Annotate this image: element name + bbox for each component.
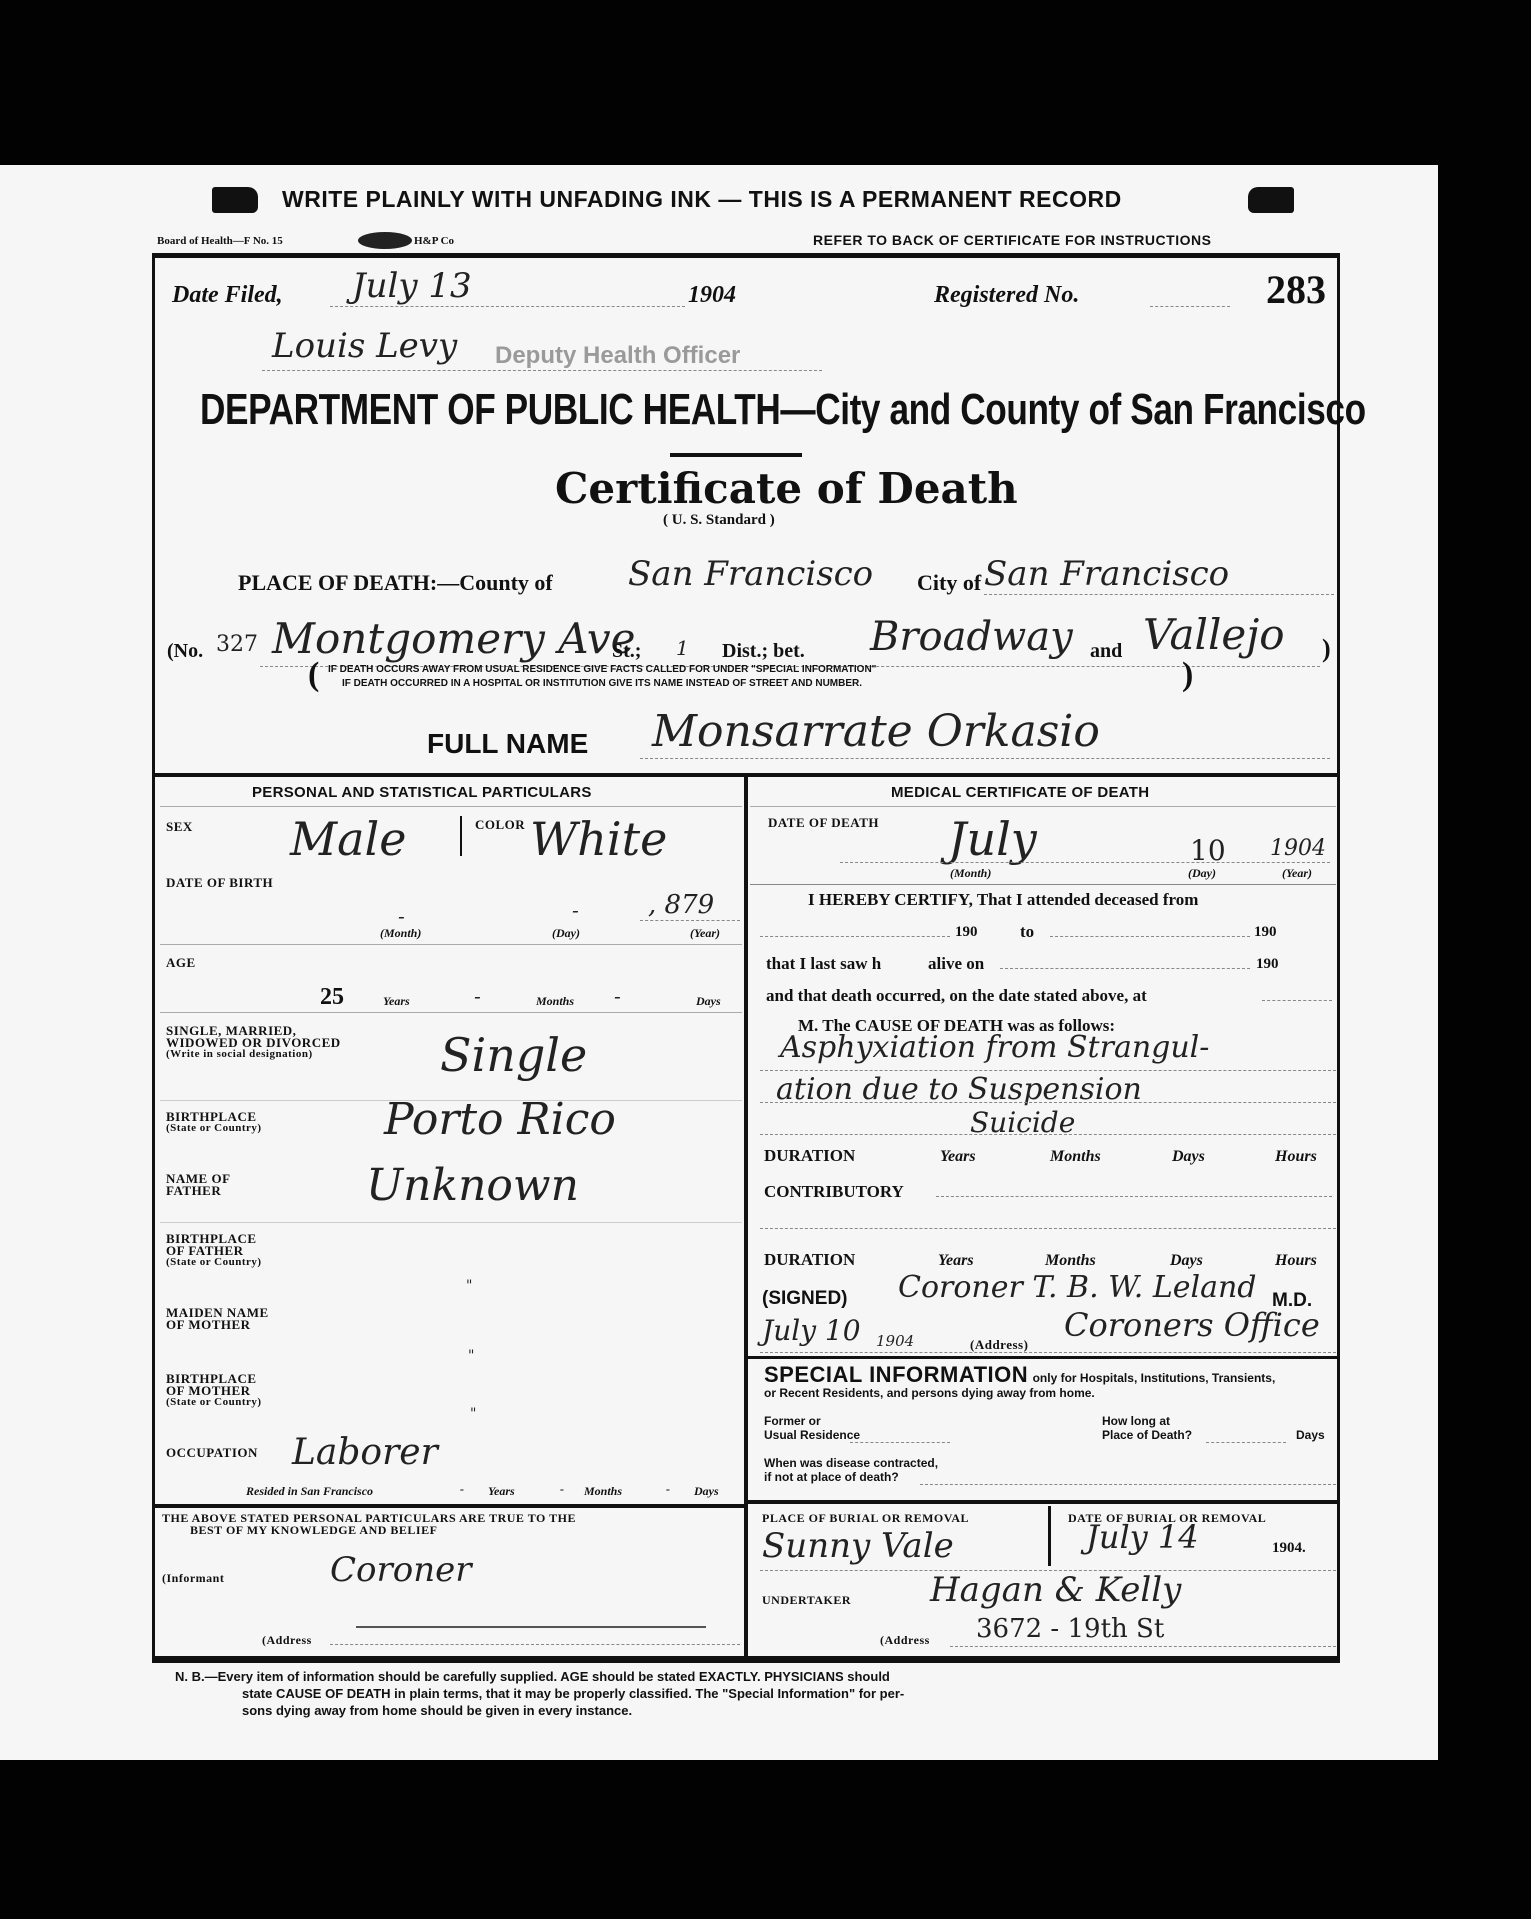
district-label: Dist.; bet. bbox=[722, 640, 805, 663]
special-top-rule bbox=[748, 1356, 1340, 1359]
former-residence-label-2: Usual Residence bbox=[764, 1428, 860, 1442]
personal-heading: PERSONAL AND STATISTICAL PARTICULARS bbox=[252, 784, 592, 801]
certify-line: I HEREBY CERTIFY, That I attended deceas… bbox=[808, 890, 1198, 910]
dod-year-caption: (Year) bbox=[1282, 866, 1312, 881]
contracted-label-2: if not at place of death? bbox=[764, 1470, 899, 1484]
pointing-hand-right-icon bbox=[1248, 187, 1294, 213]
duration-label-1: DURATION bbox=[764, 1146, 855, 1166]
duration-hours-1: Hours bbox=[1275, 1148, 1317, 1166]
street-value[interactable]: Montgomery Ave bbox=[272, 614, 635, 663]
resided-years[interactable]: - bbox=[460, 1482, 464, 1497]
dod-label: DATE OF DEATH bbox=[768, 816, 879, 829]
signer-address-line bbox=[760, 1352, 1336, 1353]
special-heading-rest: only for Hospitals, Institutions, Transi… bbox=[1033, 1371, 1276, 1385]
birthplace-value[interactable]: Porto Rico bbox=[384, 1094, 616, 1145]
contributory-line bbox=[936, 1196, 1332, 1197]
place-of-death-county-label: PLACE OF DEATH:—County of bbox=[238, 570, 553, 595]
death-occurred-label: and that death occurred, on the date sta… bbox=[766, 986, 1147, 1006]
nb-line-1: N. B.—Every item of information should b… bbox=[175, 1669, 890, 1684]
dob-rule bbox=[160, 944, 742, 945]
age-days-caption: Days bbox=[696, 994, 721, 1009]
burial-divider bbox=[1048, 1506, 1051, 1566]
county-value[interactable]: San Francisco bbox=[628, 554, 873, 594]
date-filed-value[interactable]: July 13 bbox=[352, 266, 472, 306]
color-value[interactable]: White bbox=[530, 812, 667, 866]
burial-top-rule bbox=[748, 1500, 1340, 1504]
how-long-line bbox=[1206, 1442, 1286, 1443]
officer-line bbox=[262, 370, 822, 371]
undertaker-address-line bbox=[950, 1646, 1336, 1647]
mother-value[interactable]: " bbox=[468, 1348, 474, 1364]
place-of-death-label: PLACE OF DEATH:—County of bbox=[238, 570, 553, 596]
sex-value[interactable]: Male bbox=[290, 812, 406, 866]
union-seal-icon bbox=[358, 232, 412, 249]
sex-label: SEX bbox=[166, 820, 193, 833]
signer-address-value[interactable]: Coroners Office bbox=[1064, 1306, 1320, 1344]
residence-note-close-paren: ) bbox=[1182, 656, 1193, 694]
attended-from-190: 190 bbox=[955, 924, 978, 941]
district-value[interactable]: 1 bbox=[676, 636, 689, 660]
resided-days[interactable]: - bbox=[666, 1482, 670, 1497]
burial-year: 1904. bbox=[1272, 1540, 1306, 1557]
age-years[interactable]: 25 bbox=[320, 984, 344, 1011]
how-long-days-label: Days bbox=[1296, 1428, 1325, 1442]
street-no-value[interactable]: 327 bbox=[216, 632, 258, 657]
full-name-label: FULL NAME bbox=[427, 728, 588, 760]
age-months-caption: Months bbox=[536, 994, 574, 1009]
informant-value[interactable]: Coroner bbox=[330, 1550, 471, 1590]
full-name-value[interactable]: Monsarrate Orkasio bbox=[652, 706, 1100, 757]
age-months[interactable]: - bbox=[474, 984, 481, 1008]
resided-months[interactable]: - bbox=[560, 1482, 564, 1497]
contracted-line bbox=[920, 1484, 1336, 1485]
age-years-caption: Years bbox=[383, 994, 410, 1009]
age-label: AGE bbox=[166, 956, 196, 969]
banner-text: WRITE PLAINLY WITH UNFADING INK — THIS I… bbox=[282, 186, 1122, 213]
date-filed-label: Date Filed, bbox=[172, 282, 283, 309]
signer-address-label: (Address) bbox=[970, 1338, 1028, 1351]
dob-year-caption: (Year) bbox=[690, 926, 720, 941]
date-filed-year: 1904 bbox=[688, 282, 736, 309]
burial-date-value[interactable]: July 14 bbox=[1086, 1518, 1199, 1556]
personal-heading-rule bbox=[160, 806, 742, 807]
form-id: Board of Health—F No. 15 bbox=[157, 235, 283, 247]
department-title: DEPARTMENT OF PUBLIC HEALTH—City and Cou… bbox=[200, 385, 1366, 435]
contracted-label-1: When was disease contracted, bbox=[764, 1456, 938, 1470]
title-divider bbox=[670, 453, 802, 457]
residence-note-line-1: IF DEATH OCCURS AWAY FROM USUAL RESIDENC… bbox=[328, 664, 876, 675]
street-label: St.; bbox=[612, 640, 641, 663]
father-bp-value[interactable]: " bbox=[466, 1278, 472, 1294]
former-residence-label-1: Former or bbox=[764, 1414, 821, 1428]
alive-on-label: alive on bbox=[928, 954, 984, 974]
duration-months-1: Months bbox=[1050, 1148, 1101, 1166]
cause-line-1-rule bbox=[760, 1070, 1336, 1071]
attended-to-190: 190 bbox=[1254, 924, 1277, 941]
column-divider bbox=[744, 777, 748, 1660]
duration-days-2: Days bbox=[1170, 1252, 1203, 1270]
father-bp-label-3: (State or Country) bbox=[166, 1256, 262, 1269]
bottom-rule bbox=[152, 1656, 1340, 1663]
father-label-2: FATHER bbox=[166, 1184, 221, 1197]
how-long-label-2: Place of Death? bbox=[1102, 1428, 1192, 1442]
occupation-value[interactable]: Laborer bbox=[292, 1432, 438, 1473]
dob-line bbox=[640, 920, 740, 921]
nb-line-3: sons dying away from home should be give… bbox=[242, 1703, 632, 1718]
medical-heading-rule bbox=[750, 806, 1336, 807]
pointing-hand-left-icon bbox=[212, 187, 258, 213]
marital-label-3: (Write in social designation) bbox=[166, 1048, 313, 1061]
mother-label-2: OF MOTHER bbox=[166, 1318, 251, 1331]
age-rule bbox=[160, 1012, 742, 1013]
contributory-label: CONTRIBUTORY bbox=[764, 1182, 904, 1202]
undertaker-label: UNDERTAKER bbox=[762, 1594, 851, 1607]
marital-value[interactable]: Single bbox=[440, 1028, 587, 1082]
burial-place-label: PLACE OF BURIAL OR REMOVAL bbox=[762, 1512, 969, 1525]
duration-years-2: Years bbox=[938, 1252, 974, 1270]
special-heading-line-2: or Recent Residents, and persons dying a… bbox=[764, 1386, 1095, 1400]
dod-month-caption: (Month) bbox=[950, 866, 991, 881]
dob-day[interactable]: - bbox=[572, 898, 579, 922]
city-line bbox=[984, 594, 1334, 595]
dod-rule bbox=[750, 884, 1336, 885]
date-filed-line bbox=[330, 306, 685, 307]
dob-label: DATE OF BIRTH bbox=[166, 876, 273, 889]
attended-to-label: to bbox=[1020, 922, 1034, 942]
duration-months-2: Months bbox=[1045, 1252, 1096, 1270]
signed-value[interactable]: Coroner T. B. W. Leland bbox=[898, 1270, 1257, 1305]
between-street-2[interactable]: Vallejo bbox=[1143, 610, 1285, 659]
age-days[interactable]: - bbox=[614, 984, 621, 1008]
registered-no-value[interactable]: 283 bbox=[1266, 266, 1326, 313]
occupation-rule bbox=[152, 1504, 744, 1508]
informant-address-line bbox=[356, 1626, 706, 1628]
city-label: City of bbox=[917, 570, 981, 596]
duration-years-1: Years bbox=[940, 1148, 976, 1166]
dod-year[interactable]: 1904 bbox=[1270, 836, 1326, 861]
city-value[interactable]: San Francisco bbox=[984, 554, 1229, 594]
contributory-line-2 bbox=[760, 1228, 1336, 1229]
birthplace-label-2: (State or Country) bbox=[166, 1122, 262, 1135]
residence-note-line-2: IF DEATH OCCURRED IN A HOSPITAL OR INSTI… bbox=[342, 678, 862, 689]
undertaker-address-value[interactable]: 3672 - 19th St bbox=[976, 1614, 1164, 1644]
mother-bp-value[interactable]: " bbox=[470, 1406, 476, 1422]
attended-from-line bbox=[760, 936, 950, 937]
medical-heading: MEDICAL CERTIFICATE OF DEATH bbox=[891, 784, 1149, 801]
street-no-label: (No. bbox=[167, 640, 203, 663]
special-heading-big: SPECIAL INFORMATION bbox=[764, 1362, 1028, 1387]
signed-year[interactable]: 1904 bbox=[876, 1332, 914, 1350]
resided-days-caption: Days bbox=[694, 1484, 719, 1499]
printer-mark: H&P Co bbox=[414, 235, 454, 247]
sex-color-divider bbox=[460, 816, 462, 856]
undertaker-value[interactable]: Hagan & Kelly bbox=[930, 1570, 1181, 1610]
duration-days-1: Days bbox=[1172, 1148, 1205, 1166]
resided-label: Resided in San Francisco bbox=[246, 1484, 373, 1499]
dob-year[interactable]: , 879 bbox=[648, 890, 714, 920]
attended-to-line bbox=[1050, 936, 1250, 937]
resided-years-caption: Years bbox=[488, 1484, 515, 1499]
between-street-1[interactable]: Broadway bbox=[870, 614, 1073, 660]
color-label: COLOR bbox=[475, 818, 525, 831]
death-occurred-line bbox=[1262, 1000, 1332, 1001]
officer-signature: Louis Levy bbox=[272, 326, 457, 366]
instructions-note: REFER TO BACK OF CERTIFICATE FOR INSTRUC… bbox=[813, 232, 1211, 248]
attest-line-2: BEST OF MY KNOWLEDGE AND BELIEF bbox=[190, 1524, 437, 1537]
street-close-paren: ) bbox=[1322, 634, 1331, 664]
how-long-label-1: How long at bbox=[1102, 1414, 1170, 1428]
occupation-label: OCCUPATION bbox=[166, 1446, 258, 1459]
dob-month-caption: (Month) bbox=[380, 926, 421, 941]
father-value[interactable]: Unknown bbox=[366, 1160, 579, 1211]
certificate-title: Certificate of Death bbox=[555, 464, 1018, 513]
mother-bp-label-3: (State or Country) bbox=[166, 1396, 262, 1409]
cause-line-3-rule bbox=[760, 1134, 1336, 1135]
father-rule bbox=[160, 1222, 742, 1223]
cause-line-2-rule bbox=[760, 1102, 1336, 1103]
dod-month[interactable]: July bbox=[948, 812, 1037, 866]
full-name-line bbox=[640, 758, 1330, 759]
nb-line-2: state CAUSE OF DEATH in plain terms, tha… bbox=[242, 1686, 904, 1701]
informant-address-label: (Address bbox=[262, 1634, 312, 1647]
burial-place-value[interactable]: Sunny Vale bbox=[762, 1526, 954, 1566]
cause-line-1[interactable]: Asphyxiation from Strangul- bbox=[780, 1030, 1209, 1065]
dob-month[interactable]: - bbox=[398, 904, 405, 928]
registered-no-line bbox=[1150, 306, 1230, 307]
informant-address-dots bbox=[330, 1644, 740, 1645]
dod-line bbox=[840, 862, 1330, 863]
signed-date[interactable]: July 10 bbox=[762, 1314, 861, 1347]
former-residence-line bbox=[850, 1442, 950, 1443]
last-saw-label: that I last saw h bbox=[766, 954, 881, 974]
dod-day-caption: (Day) bbox=[1188, 866, 1216, 881]
alive-on-190: 190 bbox=[1256, 956, 1279, 973]
registered-no-label: Registered No. bbox=[934, 282, 1079, 309]
undertaker-address-label: (Address bbox=[880, 1634, 930, 1647]
dob-day-caption: (Day) bbox=[552, 926, 580, 941]
special-heading: SPECIAL INFORMATION only for Hospitals, … bbox=[764, 1362, 1275, 1388]
duration-label-2: DURATION bbox=[764, 1250, 855, 1270]
residence-note-open-paren: ( bbox=[308, 656, 319, 694]
and-label: and bbox=[1090, 640, 1122, 663]
resided-months-caption: Months bbox=[584, 1484, 622, 1499]
standard-subtitle: ( U. S. Standard ) bbox=[663, 512, 775, 529]
signed-label: (SIGNED) bbox=[762, 1288, 848, 1310]
officer-title: Deputy Health Officer bbox=[495, 342, 740, 370]
duration-hours-2: Hours bbox=[1275, 1252, 1317, 1270]
alive-on-line bbox=[1000, 968, 1250, 969]
informant-label: (Informant bbox=[162, 1572, 224, 1585]
